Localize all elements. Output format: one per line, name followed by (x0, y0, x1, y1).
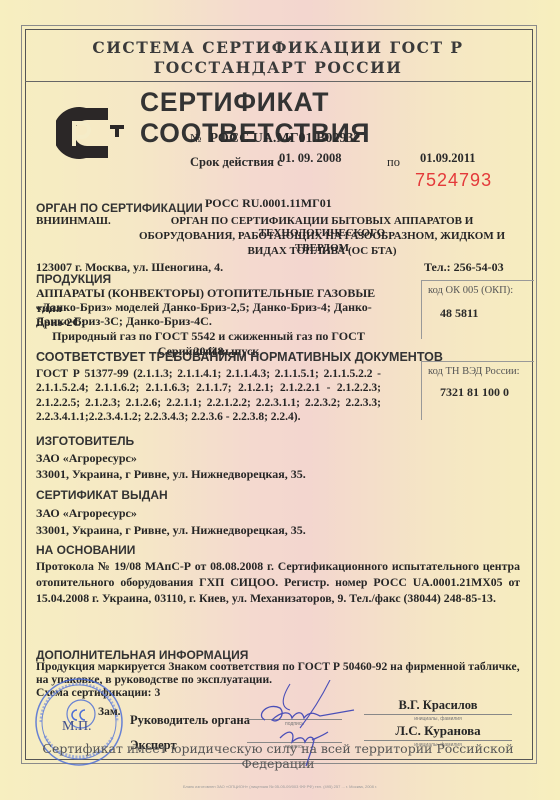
product-line3: Данко-Бриз-3С; Данко-Бриз-4С. (36, 314, 212, 329)
issued-to-name: ЗАО «Агроресурс» (36, 506, 137, 521)
tnved-code-box: код ТН ВЭД России: 7321 81 100 0 (421, 361, 534, 420)
cert-body-reg-number: РОСС RU.0001.11МГ01 (205, 196, 332, 211)
manufacturer-address: 33001, Украина, г Ривне, ул. Нижнедворец… (36, 467, 306, 482)
okp-code-value: 48 5811 (440, 306, 528, 321)
stamp-label: М.П. (62, 720, 92, 735)
header-divider (25, 81, 531, 82)
cert-body-name-line3: ВИДАХ ТОПЛИВА (ОС БТА) (117, 245, 527, 257)
head-name-caption: инициалы, фамилия (364, 716, 512, 722)
serial-number: 7524793 (415, 170, 492, 191)
system-title-line1: СИСТЕМА СЕРТИФИКАЦИИ ГОСТ Р (25, 38, 531, 57)
head-label: Руководитель органа (130, 713, 250, 728)
validity-label: Срок действия с (190, 155, 283, 170)
issued-to-address: 33001, Украина, г Ривне, ул. Нижнедворец… (36, 523, 306, 538)
compliance-text: ГОСТ Р 51377-99 (2.1.1.3; 2.1.1.4.1; 2.1… (36, 367, 381, 424)
valid-from: 01. 09. 2008 (279, 151, 342, 166)
basis-label: НА ОСНОВАНИИ (36, 543, 135, 557)
issued-to-label: СЕРТИФИКАТ ВЫДАН (36, 488, 168, 502)
okp-code-label: код ОК 005 (ОКП): (428, 285, 528, 296)
valid-to: 01.09.2011 (420, 151, 476, 166)
cert-body-label: ОРГАН ПО СЕРТИФИКАЦИИ (36, 201, 203, 215)
certificate-number: №РОСС UA.МГ01.В02932 (190, 131, 360, 147)
tnved-code-value: 7321 81 100 0 (440, 385, 528, 400)
manufacturer-name: ЗАО «Агроресурс» (36, 451, 137, 466)
expert-name: Л.С. Куранова (364, 724, 512, 739)
tnved-code-label: код ТН ВЭД России: (428, 366, 528, 377)
product-label: ПРОДУКЦИЯ (36, 272, 111, 286)
compliance-label: СООТВЕТСТВУЕТ ТРЕБОВАНИЯМ НОРМАТИВНЫХ ДО… (36, 350, 443, 364)
certificate-number-value: РОСС UA.МГ01.В02932 (209, 131, 360, 146)
basis-text: Протокола № 19/08 МАпС-Р от 08.08.2008 г… (36, 558, 520, 606)
legal-force-statement: Сертификат имеет юридическую силу на все… (25, 741, 531, 771)
valid-to-label: по (387, 155, 400, 170)
head-name-line (364, 714, 512, 715)
rst-logo-icon (56, 106, 126, 160)
okp-code-box: код ОК 005 (ОКП): 48 5811 (421, 280, 534, 339)
cert-body-abbr: ВНИИНМАШ. (36, 215, 111, 227)
deputy-prefix: Зам. (98, 705, 121, 720)
printer-imprint: Бланк изготовлен ЗАО «ОПЦИОН» (лицензия … (120, 784, 440, 789)
system-title-line2: ГОССТАНДАРТ РОССИИ (25, 58, 531, 77)
head-name: В.Г. Красилов (364, 698, 512, 713)
manufacturer-label: ИЗГОТОВИТЕЛЬ (36, 434, 134, 448)
cert-body-phone: Тел.: 256-54-03 (424, 260, 504, 275)
